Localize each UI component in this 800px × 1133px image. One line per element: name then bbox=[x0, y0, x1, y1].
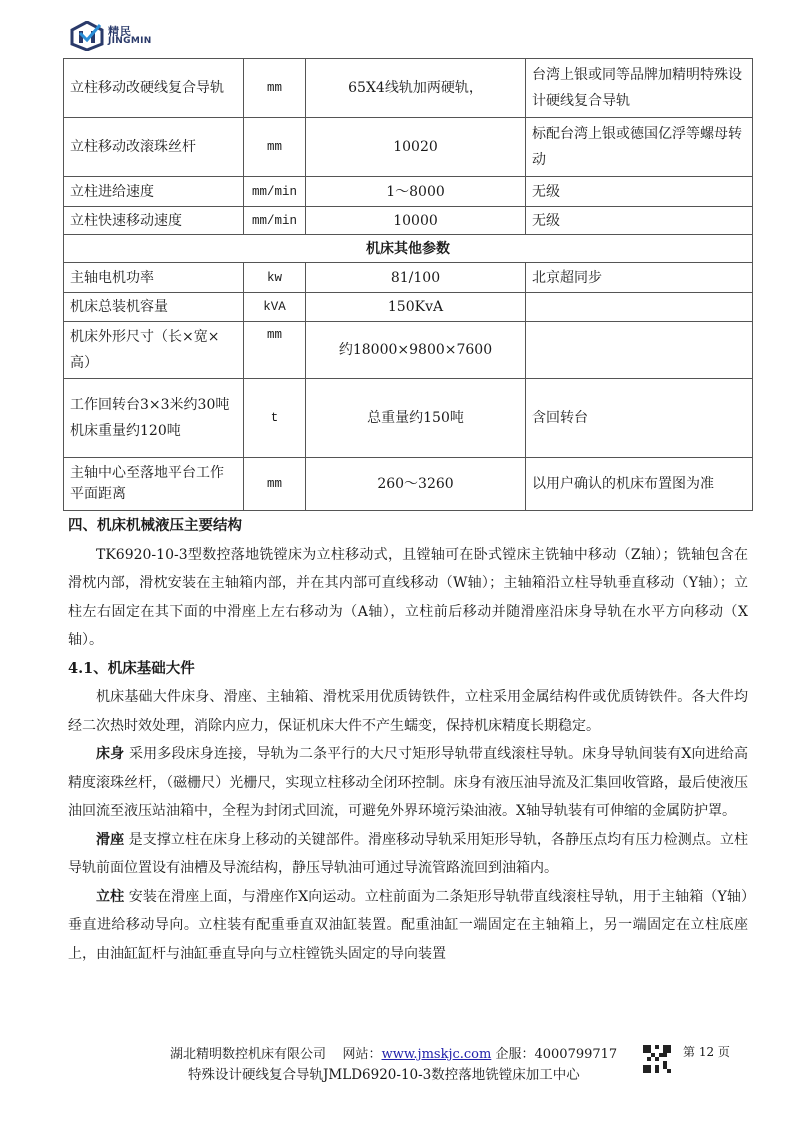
jingmin-logo-icon bbox=[70, 21, 104, 51]
table-row: 主轴中心至落地平台工作平面距离 mm 260～3260 以用户确认的机床布置图为… bbox=[64, 458, 753, 511]
param-unit: t bbox=[244, 379, 306, 458]
param-unit: mm/min bbox=[244, 177, 306, 207]
body-text: 四、机床机械液压主要结构 TK6920-10-3型数控落地铣镗床为立柱移动式，且… bbox=[68, 512, 748, 968]
param-value: 约18000×9800×7600 bbox=[306, 322, 526, 379]
paragraph: 机床基础大件床身、滑座、主轴箱、滑枕采用优质铸铁件，立柱采用金属结构件或优质铸铁… bbox=[68, 683, 748, 740]
table-row: 立柱移动改硬线复合导轨 mm 65X4线轨加两硬轨， 台湾上银或同等品牌加精明特… bbox=[64, 59, 753, 118]
param-value: 260～3260 bbox=[306, 458, 526, 511]
paragraph-column: 立柱 安装在滑座上面，与滑座作X向运动。立柱前面为二条矩形导轨带直线滚柱导轨，用… bbox=[68, 883, 748, 969]
param-note: 台湾上银或同等品牌加精明特殊设计硬线复合导轨 bbox=[526, 59, 753, 118]
document-title: 特殊设计硬线复合导轨JMLD6920-10-3数控落地铣镗床加工中心 bbox=[188, 1063, 580, 1083]
param-note bbox=[526, 322, 753, 379]
param-unit: mm bbox=[244, 118, 306, 177]
param-value: 10000 bbox=[306, 207, 526, 235]
param-note: 无级 bbox=[526, 177, 753, 207]
param-name: 立柱快速移动速度 bbox=[64, 207, 244, 235]
service-label: 企服： bbox=[495, 1047, 534, 1062]
param-unit: mm bbox=[244, 59, 306, 118]
param-unit: mm/min bbox=[244, 207, 306, 235]
param-value: 65X4线轨加两硬轨， bbox=[306, 59, 526, 118]
param-unit: kVA bbox=[244, 293, 306, 322]
footer-line-1: 湖北精明数控机床有限公司 网站：www.jmskjc.com 企服：400079… bbox=[170, 1043, 617, 1062]
logo-en-text: JINGMIN bbox=[108, 37, 152, 46]
param-note: 以用户确认的机床布置图为准 bbox=[526, 458, 753, 511]
section-heading: 四、机床机械液压主要结构 bbox=[68, 512, 748, 541]
param-name-line: 机床重量约120吨 bbox=[70, 418, 237, 444]
param-note: 标配台湾上银或德国亿浮等螺母转动 bbox=[526, 118, 753, 177]
company-logo: 精民 JINGMIN bbox=[70, 20, 180, 52]
table-row: 工作回转台3×3米约30吨 机床重量约120吨 t 总重量约150吨 含回转台 bbox=[64, 379, 753, 458]
term-text: 安装在滑座上面，与滑座作X向运动。立柱前面为二条矩形导轨带直线滚柱导轨，用于主轴… bbox=[68, 889, 748, 962]
term-text: 采用多段床身连接，导轨为二条平行的大尺寸矩形导轨带直线滚柱导轨。床身导轨间装有X… bbox=[68, 746, 748, 819]
param-name: 工作回转台3×3米约30吨 机床重量约120吨 bbox=[64, 379, 244, 458]
param-note: 北京超同步 bbox=[526, 263, 753, 293]
param-value: 10020 bbox=[306, 118, 526, 177]
param-value: 81/100 bbox=[306, 263, 526, 293]
param-name: 立柱进给速度 bbox=[64, 177, 244, 207]
website-link[interactable]: www.jmskjc.com bbox=[382, 1047, 492, 1062]
website-label: 网站： bbox=[343, 1047, 382, 1062]
term-label: 立柱 bbox=[96, 889, 124, 905]
subsection-heading: 4.1、机床基础大件 bbox=[68, 655, 748, 684]
param-name: 主轴中心至落地平台工作平面距离 bbox=[64, 458, 244, 511]
paragraph-bed: 床身 采用多段床身连接，导轨为二条平行的大尺寸矩形导轨带直线滚柱导轨。床身导轨间… bbox=[68, 740, 748, 826]
spec-table: 立柱移动改硬线复合导轨 mm 65X4线轨加两硬轨， 台湾上银或同等品牌加精明特… bbox=[63, 58, 753, 511]
param-name: 机床外形尺寸（长×宽×高） bbox=[64, 322, 244, 379]
term-label: 滑座 bbox=[96, 832, 124, 848]
param-note: 含回转台 bbox=[526, 379, 753, 458]
table-row: 机床外形尺寸（长×宽×高） mm 约18000×9800×7600 bbox=[64, 322, 753, 379]
param-note bbox=[526, 293, 753, 322]
table-row: 立柱快速移动速度 mm/min 10000 无级 bbox=[64, 207, 753, 235]
term-label: 床身 bbox=[96, 746, 124, 762]
subsection-title: 4.1、机床基础大件 bbox=[68, 660, 195, 677]
table-row: 机床总装机容量 kVA 150KvA bbox=[64, 293, 753, 322]
param-unit: kw bbox=[244, 263, 306, 293]
param-value: 1～8000 bbox=[306, 177, 526, 207]
param-name-line: 工作回转台3×3米约30吨 bbox=[70, 392, 237, 418]
param-unit: mm bbox=[244, 458, 306, 511]
company-name: 湖北精明数控机床有限公司 bbox=[170, 1047, 326, 1062]
section-title: 机床其他参数 bbox=[64, 235, 753, 263]
param-unit: mm bbox=[244, 322, 306, 379]
param-name: 主轴电机功率 bbox=[64, 263, 244, 293]
param-value: 总重量约150吨 bbox=[306, 379, 526, 458]
qr-code-icon bbox=[643, 1045, 671, 1073]
table-section-header: 机床其他参数 bbox=[64, 235, 753, 263]
table-row: 立柱移动改滚珠丝杆 mm 10020 标配台湾上银或德国亿浮等螺母转动 bbox=[64, 118, 753, 177]
param-value: 150KvA bbox=[306, 293, 526, 322]
table-row: 立柱进给速度 mm/min 1～8000 无级 bbox=[64, 177, 753, 207]
param-name: 机床总装机容量 bbox=[64, 293, 244, 322]
param-name: 立柱移动改滚珠丝杆 bbox=[64, 118, 244, 177]
param-note: 无级 bbox=[526, 207, 753, 235]
term-text: 是支撑立柱在床身上移动的关键部件。滑座移动导轨采用矩形导轨，各静压点均有压力检测… bbox=[68, 832, 748, 877]
service-phone: 4000799717 bbox=[534, 1047, 617, 1062]
table-row: 主轴电机功率 kw 81/100 北京超同步 bbox=[64, 263, 753, 293]
paragraph-slide: 滑座 是支撑立柱在床身上移动的关键部件。滑座移动导轨采用矩形导轨，各静压点均有压… bbox=[68, 826, 748, 883]
page-number: 第 12 页 bbox=[683, 1043, 730, 1060]
paragraph: TK6920-10-3型数控落地铣镗床为立柱移动式，且镗轴可在卧式镗床主铣轴中移… bbox=[68, 541, 748, 655]
param-name: 立柱移动改硬线复合导轨 bbox=[64, 59, 244, 118]
